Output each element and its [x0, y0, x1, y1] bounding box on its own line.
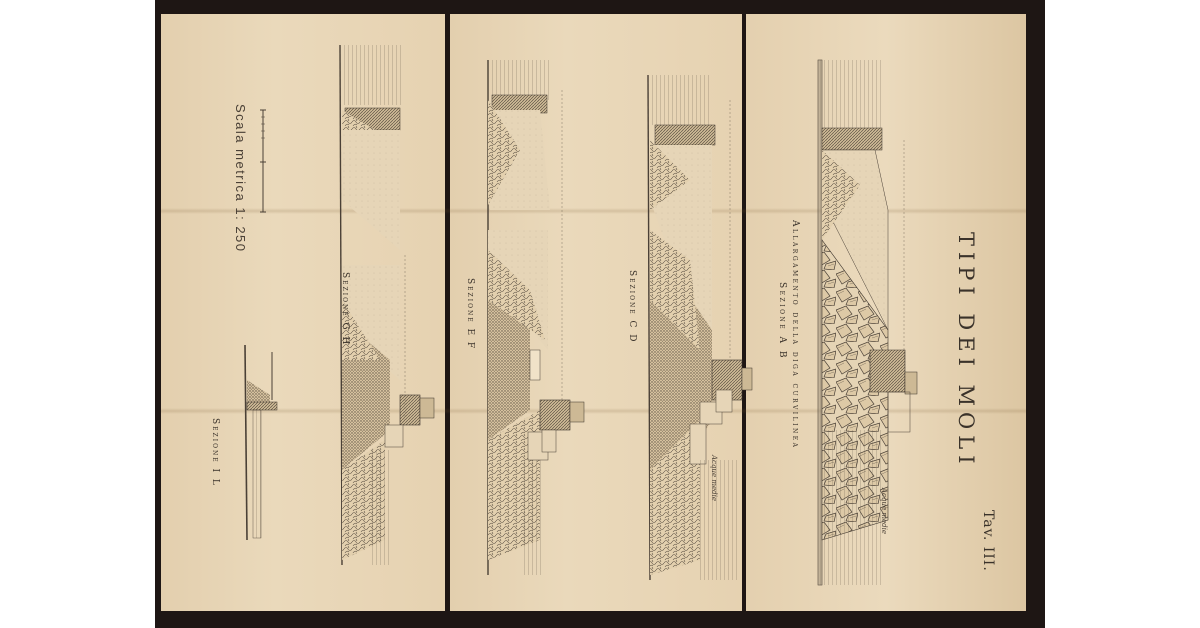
- section-gh-drawing: [340, 45, 434, 565]
- section-cd-drawing: [648, 75, 752, 580]
- section-il-label: Sezione I L: [210, 418, 220, 487]
- water-level-cd: Acque medie: [710, 455, 718, 501]
- scale-bar: [260, 110, 266, 212]
- section-ab-label: Sezione A B: [777, 282, 787, 360]
- scale-label: Scala metrica 1: 250: [233, 104, 248, 253]
- engineering-drawings: [0, 0, 1200, 628]
- section-il-drawing: [245, 345, 277, 540]
- water-level-ab: Acque medie: [880, 488, 888, 534]
- section-cd-label: Sezione C D: [627, 270, 637, 343]
- plate-subtitle: Allargamento della diga curvilinea: [790, 220, 800, 450]
- section-ef-drawing: [488, 60, 584, 575]
- plate-number: Tav. III.: [980, 510, 996, 572]
- section-gh-label: Sezione G H: [340, 272, 350, 346]
- section-ef-label: Sezione E F: [465, 278, 475, 350]
- section-ab-drawing: [818, 60, 917, 585]
- plate-title: TIPI DEI MOLI: [954, 232, 978, 470]
